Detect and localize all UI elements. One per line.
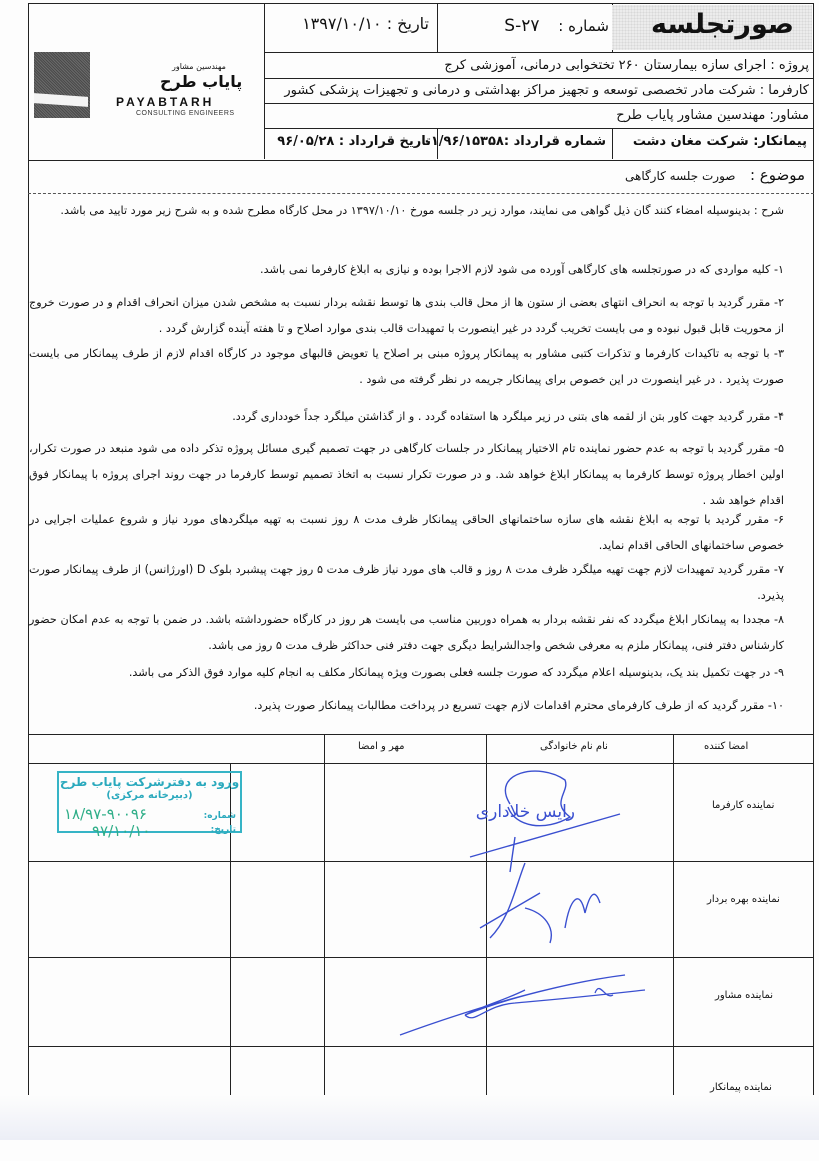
logo-graphic-icon (34, 52, 90, 118)
title-box: صورتجلسه (612, 5, 812, 50)
logo-subtitle-fa: مهندسین مشاور (172, 62, 226, 71)
item-3: ۳- با توجه به تاکیدات کارفرما و تذکرات ک… (29, 341, 784, 393)
header-cell-divider (437, 3, 438, 52)
date-value: ۱۳۹۷/۱۰/۱۰ (302, 14, 382, 33)
stamp-line-1: ورود به دفترشرکت پایاب طرح (59, 775, 240, 789)
item-4: ۴- مقرر گردید جهت کاور بتن از لقمه های ب… (29, 404, 784, 430)
description-text: شرح : بدینوسیله امضاء کنند گان ذیل گواهی… (29, 198, 784, 224)
header-seal: مهر و امضا (358, 741, 405, 752)
stamp-number-label: شماره: (204, 811, 236, 821)
item-5: ۵- مقرر گردید با توجه به عدم حضور نمایند… (29, 436, 784, 514)
header-divider (264, 3, 265, 159)
date-field: تاریخ : ۱۳۹۷/۱۰/۱۰ (302, 14, 429, 33)
contract-date: تاریخ قرارداد : ۹۶/۰۵/۲۸ (277, 134, 431, 149)
stamp-line-2: (دبیرخانه مرکزی) (59, 790, 240, 801)
logo-name-fa: پایاب طرح (160, 72, 242, 91)
contract-number: شماره قرارداد :۰۱/۹۶/۱۵۳۵۸ (423, 134, 606, 149)
signature-operator-rep (470, 858, 630, 958)
svg-text:رایس خلاداری: رایس خلاداری (476, 802, 575, 822)
item-1: ۱- کلیه مواردی که در صورتجلسه های کارگاه… (29, 257, 784, 283)
stamp-date-label: تاریخ: (211, 825, 236, 835)
table-line (28, 763, 814, 764)
number-field: شماره : S-۲۷ (504, 16, 609, 36)
logo-name-en: PAYABTARH (116, 95, 214, 109)
project-line: پروژه : اجرای سازه بیمارستان ۲۶۰ تختخواب… (444, 58, 809, 73)
table-col-line (673, 734, 674, 1137)
logo-subtitle-en: CONSULTING ENGINEERS (136, 110, 235, 117)
table-col-line (324, 734, 325, 1137)
subject-field: موضوع : صورت جلسه کارگاهی (625, 166, 805, 184)
table-line (28, 1046, 814, 1047)
item-6: ۶- مقرر گردید با توجه به ابلاغ نقشه های … (29, 507, 784, 559)
signature-employer-rep: رایس خلاداری (470, 762, 670, 872)
subject-value: صورت جلسه کارگاهی (625, 169, 736, 183)
subject-divider (28, 193, 814, 194)
row-role-employer: نماینده کارفرما (712, 800, 774, 811)
item-2: ۲- مقرر گردید با توجه به انحراف انتهای ب… (29, 290, 784, 342)
header-row-line (264, 52, 813, 53)
date-label: تاریخ : (387, 14, 429, 33)
header-row-line (264, 103, 813, 104)
consultant-line: مشاور: مهندسین مشاور پایاب طرح (616, 108, 809, 123)
table-line (28, 734, 814, 735)
employer-line: کارفرما : شرکت مادر تخصصی توسعه و تجهیز … (284, 83, 809, 98)
stamp-number-value: ۱۸/۹۷-۹۰۰۹۶ (64, 805, 147, 823)
header-name: نام نام خانوادگی (540, 741, 608, 752)
number-value: S-۲۷ (504, 16, 539, 36)
header-signer: امضا کننده (704, 741, 748, 752)
header-row-line (264, 128, 813, 129)
subject-label: موضوع : (750, 166, 805, 184)
item-8: ۸- مجددا به پیمانکار ابلاغ میگردد که نفر… (29, 607, 784, 659)
item-7: ۷- مقرر گردید تمهیدات لازم جهت تهیه میلگ… (29, 557, 784, 609)
meeting-minutes-document: صورتجلسه شماره : S-۲۷ تاریخ : ۱۳۹۷/۱۰/۱۰… (0, 0, 819, 1161)
header-cell-divider (612, 128, 613, 159)
number-label: شماره : (558, 17, 609, 35)
row-role-contractor: نماینده پیمانکار (710, 1082, 772, 1093)
contractor-line: پیمانکار: شرکت مغان دشت (633, 134, 807, 149)
item-9: ۹- در جهت تکمیل بند یک، بدینوسیله اعلام … (29, 660, 784, 686)
header-row-line (264, 78, 813, 79)
stamp-date-value: ۹۷/۱۰/۱۰ (92, 822, 150, 840)
scan-shade (0, 1095, 819, 1140)
row-role-consultant: نماینده مشاور (715, 990, 773, 1001)
signature-consultant-rep (395, 945, 655, 1045)
document-title: صورتجلسه (651, 9, 794, 40)
row-role-operator: نماینده بهره بردار (707, 894, 780, 905)
table-line (28, 861, 814, 862)
item-10: ۱۰- مقرر گردید که از طرف کارفرمای محترم … (29, 693, 784, 719)
